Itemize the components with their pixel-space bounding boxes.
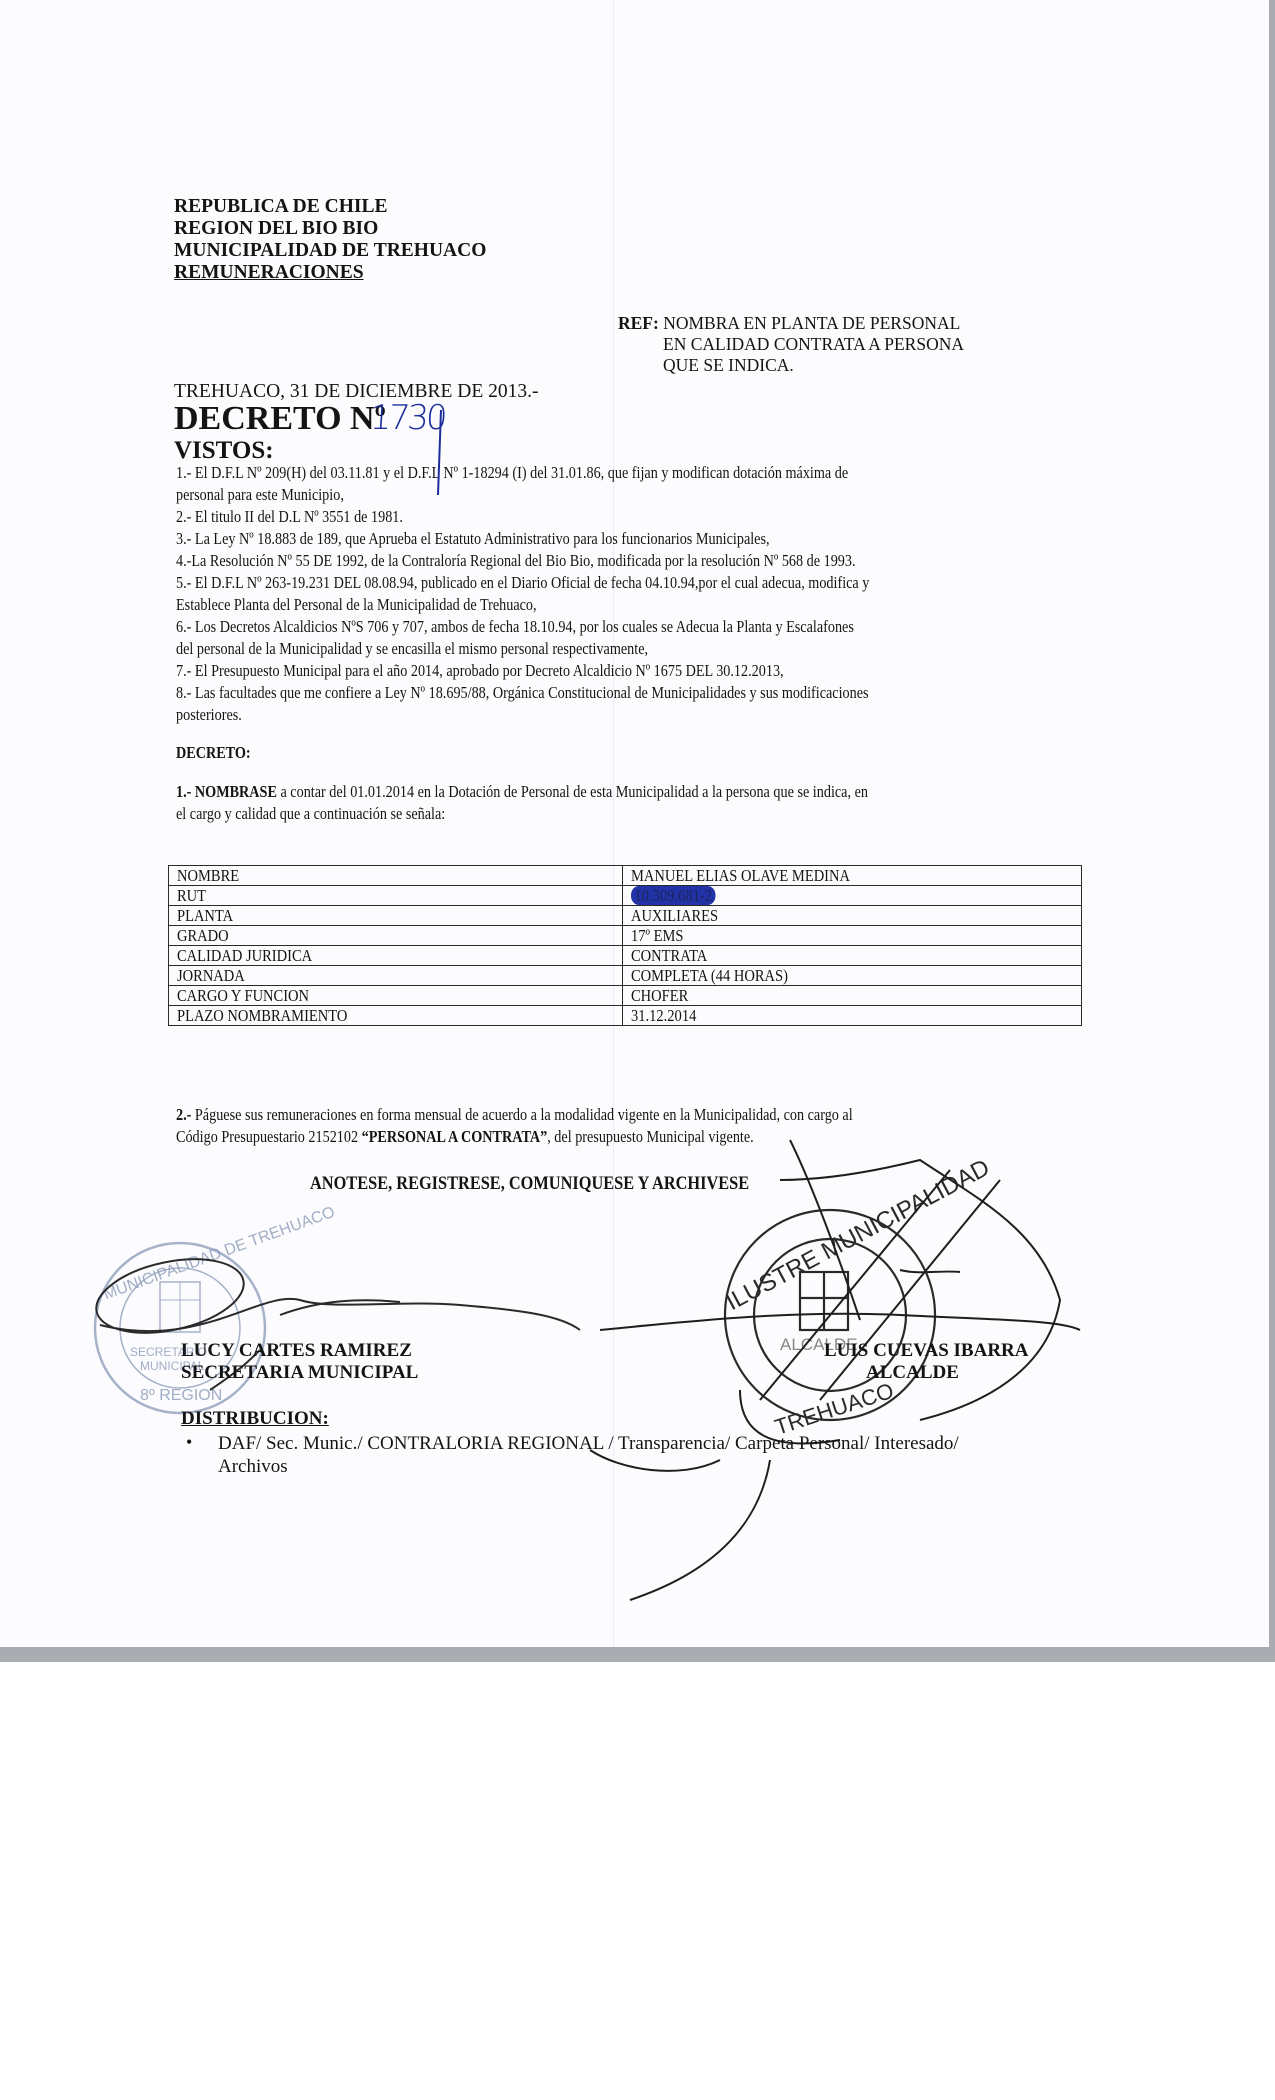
secretary-name: LUCY CARTES RAMIREZ bbox=[181, 1340, 412, 1362]
distribution-line-2: Archivos bbox=[218, 1455, 288, 1478]
handwritten-stroke-icon bbox=[438, 410, 441, 495]
bullet-icon: • bbox=[186, 1432, 192, 1453]
secretary-title: SECRETARIA MUNICIPAL bbox=[181, 1362, 418, 1384]
distribution-line-1: DAF/ Sec. Munic./ CONTRALORIA REGIONAL /… bbox=[218, 1432, 959, 1455]
distribution-title: DISTRIBUCION: bbox=[181, 1408, 329, 1430]
mayor-name: LUIS CUEVAS IBARRA bbox=[824, 1340, 1028, 1362]
mayor-title: ALCALDE bbox=[866, 1362, 959, 1384]
right-signature-icon bbox=[590, 1140, 1080, 1600]
